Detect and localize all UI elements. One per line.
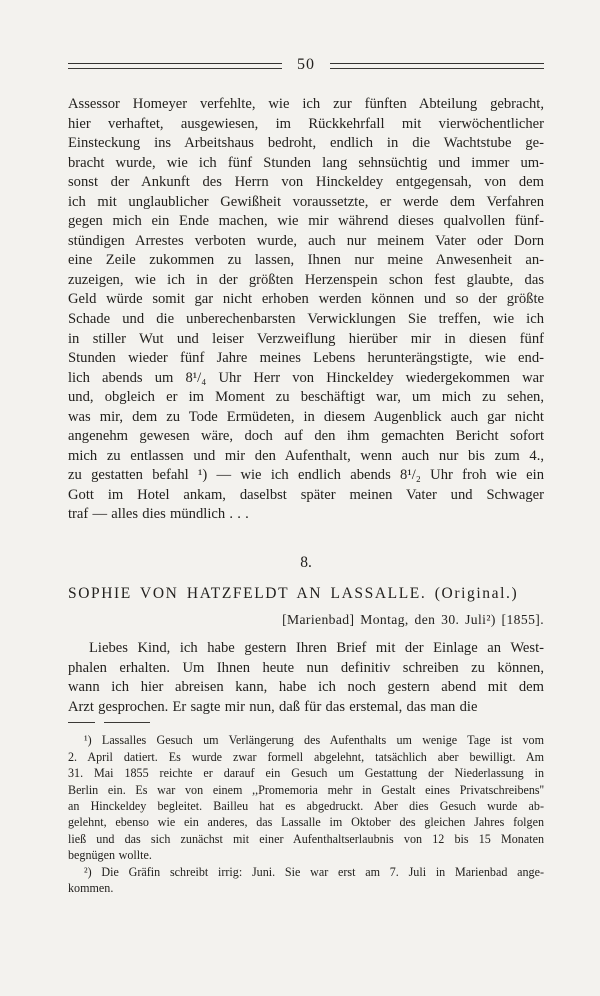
footnotes: ¹) Lassalles Gesuch um Verlängerung des …	[68, 732, 544, 897]
text-line: wann ich hier abreisen kann, habe ich no…	[68, 678, 544, 698]
section-number: 8.	[68, 554, 544, 572]
text-line: ich mit unglaublicher Gewißheit vorausse…	[68, 193, 544, 213]
text-line: bracht wurde, wie ich fünf Stunden lang …	[68, 154, 544, 174]
letter-title: SOPHIE VON HATZFELDT AN LASSALLE. (Origi…	[68, 585, 544, 603]
text-line: Arzt gesprochen. Er sagte mir nun, daß f…	[68, 698, 544, 718]
text-line: stündigen Arrestes verboten wurde, auch …	[68, 232, 544, 252]
running-head: 50	[68, 58, 544, 74]
footnote-line: gelehnt, ebenso wie ein anderes, das Las…	[68, 814, 544, 830]
text-line: zuzeigen, wie ich in der größten Herzens…	[68, 271, 544, 291]
footnote-line: 31. Mai 1855 reichte er darauf ein Gesuc…	[68, 765, 544, 781]
text-line: Geld würde somit gar nicht erhoben werde…	[68, 290, 544, 310]
text-line: zu gestatten befahl ¹) — wie ich endlich…	[68, 466, 544, 486]
text-line: lich abends um 8¹/₄ Uhr Herr von Hinckel…	[68, 369, 544, 389]
footnote-line: Berlin ein. Es war von einem ,,Promemori…	[68, 782, 544, 798]
footnote-line: ließ und das sich zunächst mit einer Auf…	[68, 831, 544, 847]
text-line: eine Zeile zukommen zu lassen, Ihnen nur…	[68, 251, 544, 271]
book-page: 50 Assessor Homeyer verfehlte, wie ich z…	[0, 0, 600, 996]
text-line: hier verhaftet, ausgewiesen, im Rückkehr…	[68, 115, 544, 135]
text-line: phalen erhalten. Um Ihnen heute nun defi…	[68, 659, 544, 679]
letter-body-continued: Assessor Homeyer verfehlte, wie ich zur …	[68, 95, 544, 525]
text-line: angenehm gewesen wäre, doch auf den ihm …	[68, 427, 544, 447]
page-content: 50 Assessor Homeyer verfehlte, wie ich z…	[68, 58, 544, 897]
text-line: Stunden wieder fünf Jahre meines Lebens …	[68, 349, 544, 369]
text-line: was mir, dem zu Tode Ermüdeten, in diese…	[68, 408, 544, 428]
text-line: traf — alles dies mündlich . . .	[68, 505, 544, 525]
text-line: Einsteckung ins Arbeitshaus bedroht, end…	[68, 134, 544, 154]
footnote-separator	[68, 722, 544, 728]
footnote-line: ¹) Lassalles Gesuch um Verlängerung des …	[68, 732, 544, 748]
text-line: Schade und die unberechenbarsten Verwick…	[68, 310, 544, 330]
text-line: Liebes Kind, ich habe gestern Ihren Brie…	[68, 639, 544, 659]
footnote-1: ¹) Lassalles Gesuch um Verlängerung des …	[68, 732, 544, 864]
letter-body: Liebes Kind, ich habe gestern Ihren Brie…	[68, 639, 544, 717]
text-line: Gott im Hotel ankam, daselbst später mei…	[68, 486, 544, 506]
text-line: Assessor Homeyer verfehlte, wie ich zur …	[68, 95, 544, 115]
header-rule-right	[330, 63, 544, 69]
footnote-line: ²) Die Gräfin schreibt irrig: Juni. Sie …	[68, 864, 544, 880]
footnote-line: 2. April datiert. Es wurde zwar formell …	[68, 749, 544, 765]
header-rule-left	[68, 63, 282, 69]
text-line: gegen mich ein Ende machen, wie mir währ…	[68, 212, 544, 232]
footnote-2: ²) Die Gräfin schreibt irrig: Juni. Sie …	[68, 864, 544, 897]
text-line: in stiller Wut und leiser Verzweiflung h…	[68, 330, 544, 350]
letter-dateline: [Marienbad] Montag, den 30. Juli²) [1855…	[68, 612, 544, 628]
text-line: und, obgleich er im Moment zu beschäftig…	[68, 388, 544, 408]
page-number: 50	[297, 57, 315, 73]
text-line: mich zu entlassen und mir den Aufenthalt…	[68, 447, 544, 467]
footnote-line: begnügen wollte.	[68, 847, 544, 863]
footnote-line: an Hinckeldey begleitet. Bailleu hat es …	[68, 798, 544, 814]
footnote-line: kommen.	[68, 880, 544, 896]
text-line: sonst der Ankunft des Herrn von Hinckeld…	[68, 173, 544, 193]
